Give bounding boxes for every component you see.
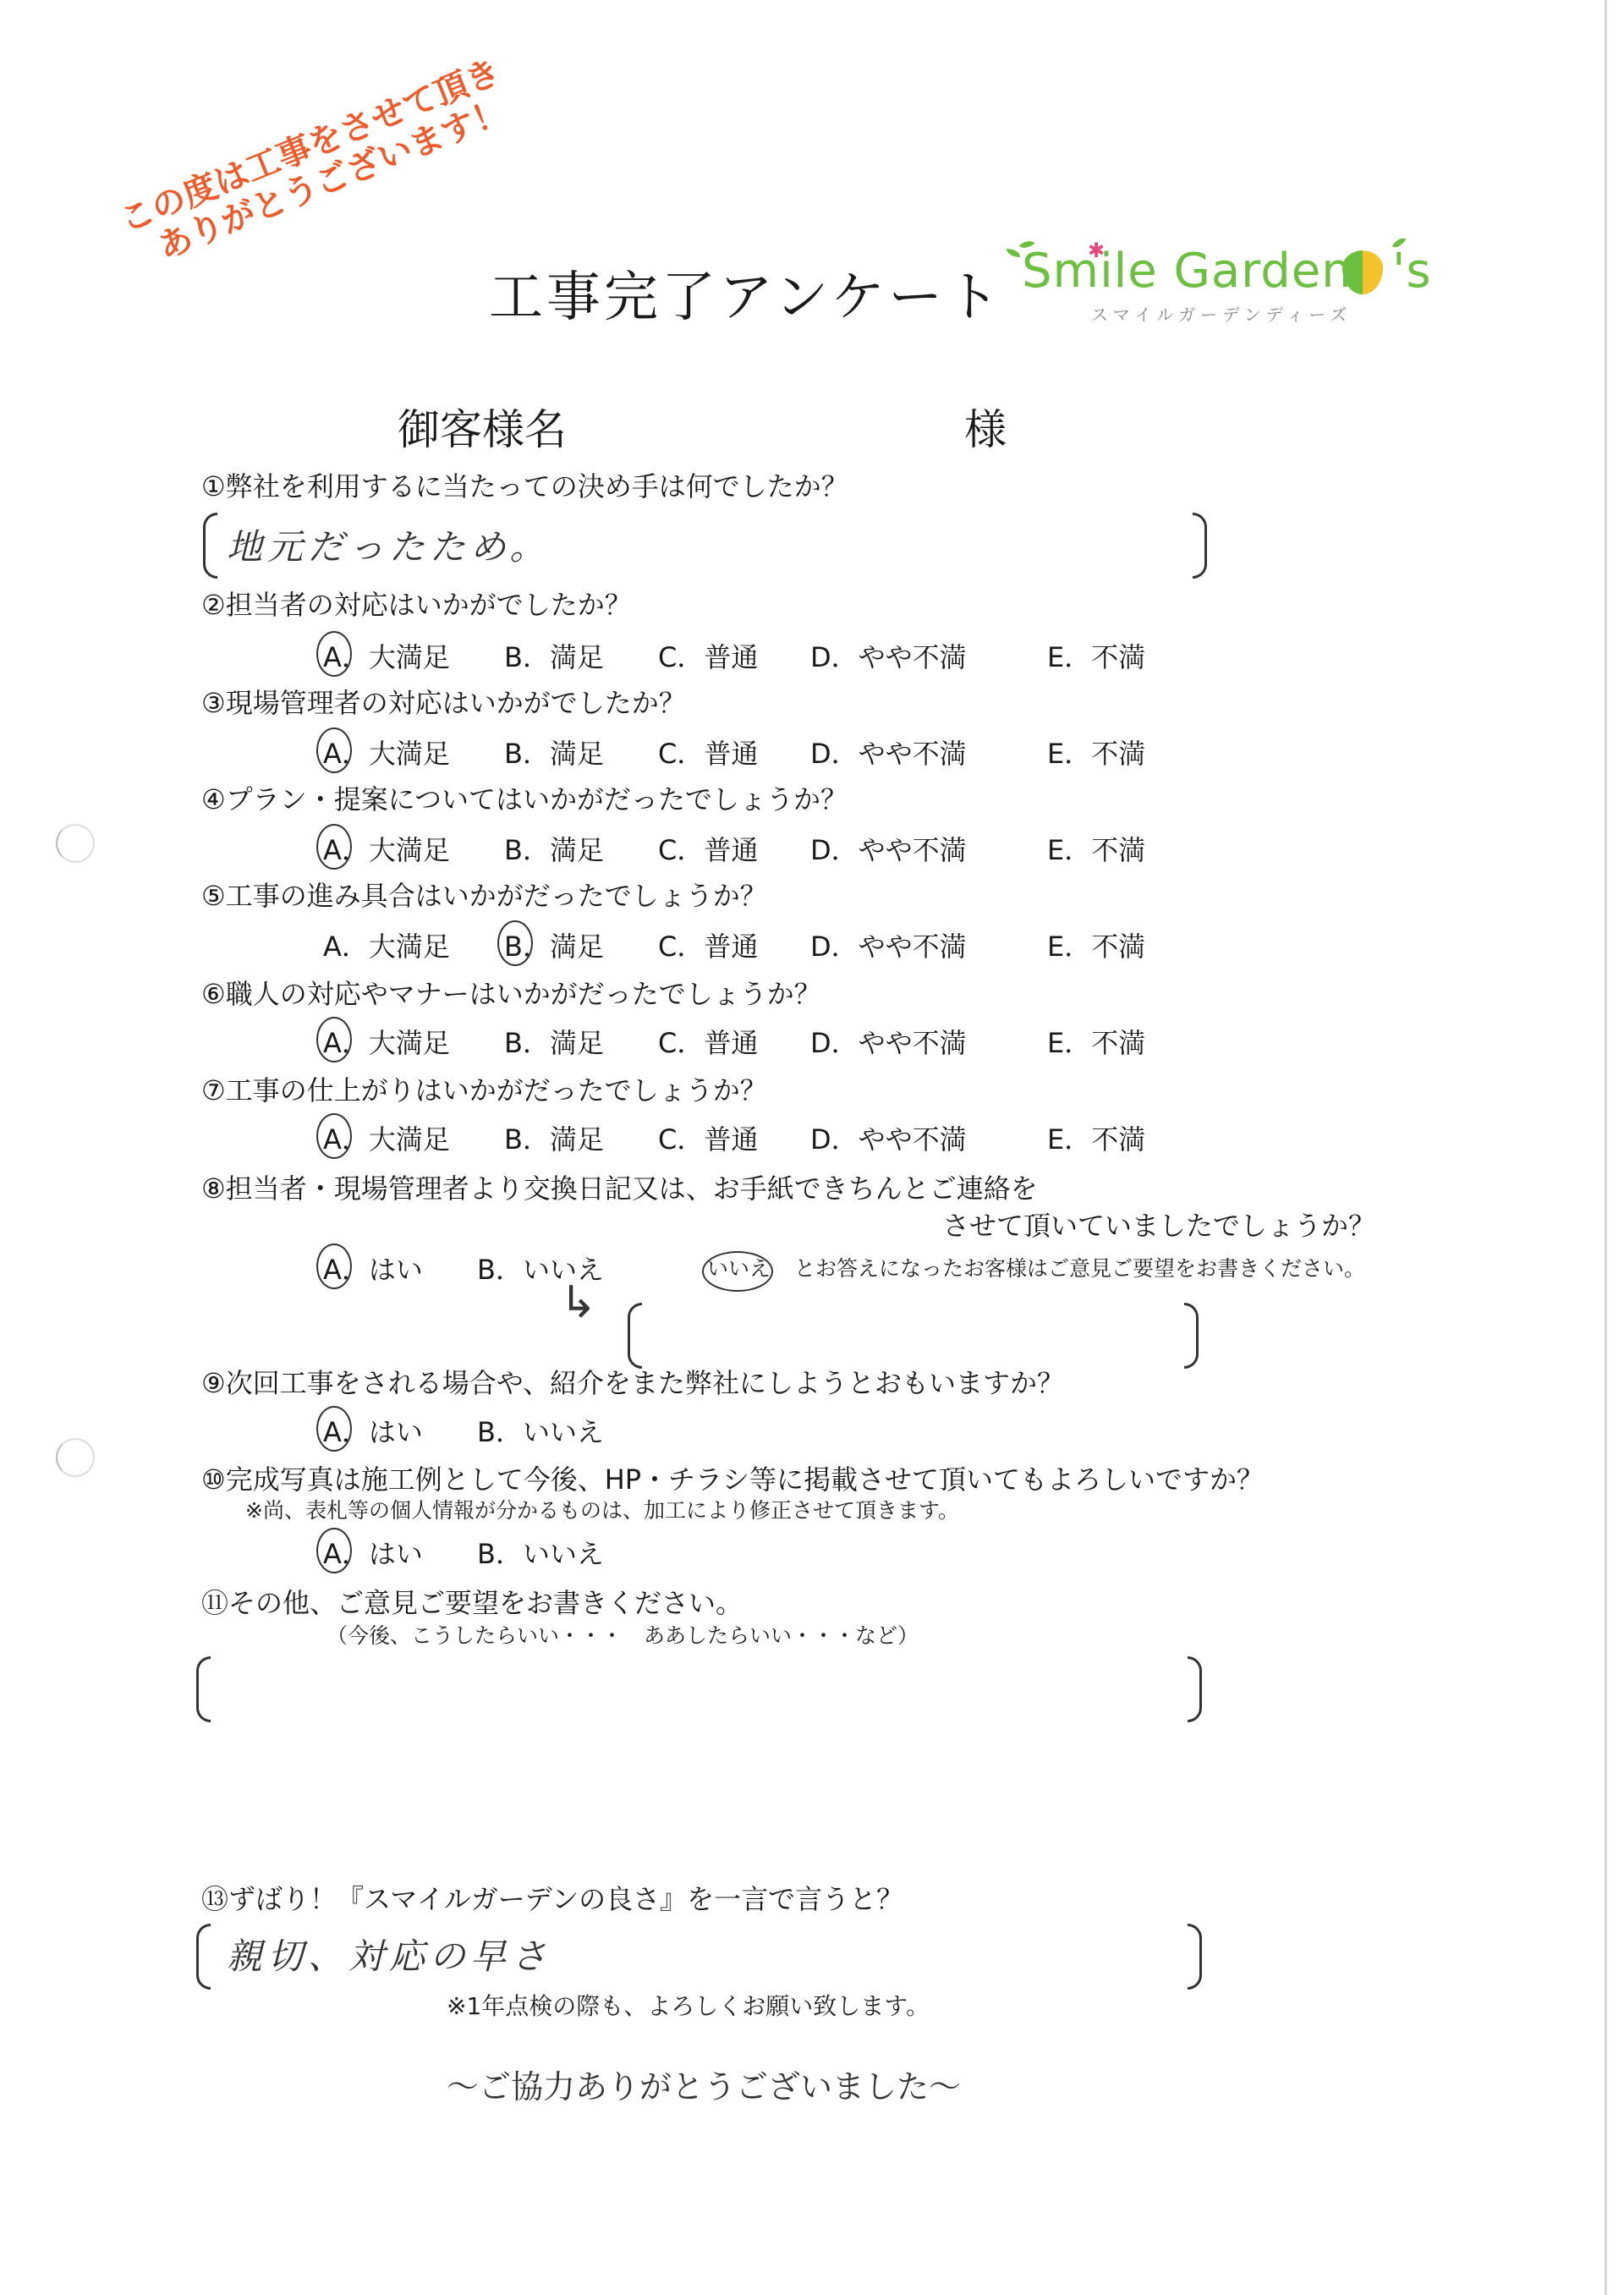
- option-e[interactable]: E．不満: [1047, 733, 1145, 771]
- option-b[interactable]: B．満足: [504, 636, 604, 675]
- customer-honorific: 様: [964, 396, 1007, 457]
- option-no[interactable]: B．いいえ: [477, 1411, 604, 1450]
- question-4: ④プラン・提案についてはいかがだったでしょうか？: [201, 778, 848, 817]
- question-10-note: ※尚、表札等の個人情報が分かるものは、加工により修正させて頂きます。: [245, 1494, 959, 1524]
- arrow-icon: ↳: [560, 1277, 597, 1328]
- option-c[interactable]: C．普通: [658, 1022, 758, 1061]
- question-6: ⑥職人の対応やマナーはいかがだったでしょうか？: [201, 973, 821, 1012]
- inspection-note: ※1年点検の際も、よろしくお願い致します。: [447, 1988, 930, 2022]
- option-e[interactable]: E．不満: [1047, 636, 1145, 675]
- question-10: ⑩完成写真は施工例として今後、HP・チラシ等に掲載させて頂いてもよろしいですか？: [201, 1458, 1264, 1497]
- option-a-selected[interactable]: A．大満足: [323, 829, 450, 868]
- option-d[interactable]: D．やや不満: [810, 733, 967, 771]
- smile-face-icon: [1342, 250, 1383, 294]
- question-1: ①弊社を利用するに当たっての決め手は何でしたか？: [201, 465, 848, 504]
- logo-suffix: 's: [1392, 244, 1432, 299]
- option-d[interactable]: D．やや不満: [810, 829, 967, 868]
- bracket-right: [1188, 1924, 1202, 1990]
- option-a-selected[interactable]: A．大満足: [323, 1118, 450, 1157]
- question-7: ⑦工事の仕上がりはいかがだったでしょうか？: [201, 1069, 767, 1108]
- brand-logo: ✱ Smile Garden 's スマイルガーデンディーズ: [1007, 244, 1472, 328]
- punch-hole-bottom: [56, 1438, 95, 1477]
- bracket-right: [1193, 513, 1207, 579]
- answer-13[interactable]: 親切、対応の早さ: [227, 1929, 551, 1979]
- question-2: ②担当者の対応はいかがでしたか？: [201, 584, 632, 623]
- option-c[interactable]: C．普通: [658, 1118, 758, 1157]
- page-title: 工事完了アンケート: [489, 254, 1003, 332]
- answer-1[interactable]: 地元だったため。: [227, 519, 550, 570]
- customer-name-label: 御客様名: [398, 396, 567, 457]
- option-c[interactable]: C．普通: [658, 829, 758, 868]
- option-b[interactable]: B．満足: [504, 1118, 604, 1157]
- option-b[interactable]: B．満足: [504, 733, 604, 771]
- bracket-right: [1184, 1303, 1199, 1369]
- option-e[interactable]: E．不満: [1047, 1118, 1145, 1157]
- option-c[interactable]: C．普通: [658, 733, 758, 771]
- bracket-left: [196, 1656, 211, 1722]
- bracket-right: [1188, 1656, 1202, 1722]
- greeting-banner: この度は工事をさせて頂き ありがとうございます！: [115, 52, 521, 277]
- followup-answer-field[interactable]: [643, 1303, 1184, 1364]
- option-b-selected[interactable]: B．満足: [504, 925, 604, 964]
- question-13: ⑬ずばり！『スマイルガーデンの良さ』を一言で言うと？: [201, 1878, 903, 1917]
- followup-text: とお答えになったお客様はご意見ご要望をお書きください。: [794, 1256, 1365, 1281]
- leaf-icon: [1007, 249, 1020, 257]
- logo-wordmark: Smile Garden: [1022, 244, 1352, 299]
- option-yes-selected[interactable]: A．はい: [323, 1533, 423, 1572]
- option-yes-selected[interactable]: A．はい: [323, 1411, 423, 1450]
- option-d[interactable]: D．やや不満: [810, 925, 967, 964]
- option-c[interactable]: C．普通: [658, 636, 758, 675]
- question-9: ⑨次回工事をされる場合や、紹介をまた弊社にしようとおもいますか？: [201, 1362, 1064, 1401]
- option-a-selected[interactable]: A．大満足: [323, 636, 450, 675]
- option-yes-selected[interactable]: A．はい: [323, 1249, 423, 1288]
- option-no[interactable]: B．いいえ: [477, 1533, 604, 1572]
- option-e[interactable]: E．不満: [1047, 1022, 1145, 1061]
- bracket-left: [203, 513, 217, 579]
- followup-instruction: いいえ とお答えになったお客様はご意見ご要望をお書きください。: [707, 1252, 1365, 1282]
- question-5: ⑤工事の進み具合はいかがだったでしょうか？: [201, 875, 767, 914]
- logo-katakana: スマイルガーデンディーズ: [1091, 301, 1352, 326]
- option-d[interactable]: D．やや不満: [810, 636, 967, 675]
- option-a-selected[interactable]: A．大満足: [323, 1022, 450, 1061]
- question-3: ③現場管理者の対応はいかがでしたか？: [201, 682, 686, 721]
- option-c[interactable]: C．普通: [658, 925, 758, 964]
- comments-field[interactable]: [211, 1656, 1184, 1717]
- option-d[interactable]: D．やや不満: [810, 1022, 967, 1061]
- question-11: ⑪その他、ご意見ご要望をお書きください。: [201, 1582, 743, 1621]
- question-11-hint: （今後、こうしたらいい・・・ ああしたらいい・・・など）: [326, 1619, 919, 1650]
- customer-name-field[interactable]: [592, 398, 947, 448]
- followup-keyword: いいえ: [707, 1256, 771, 1281]
- option-a[interactable]: A．大満足: [323, 925, 450, 964]
- question-8-line-2: させて頂いていましたでしょうか？: [942, 1205, 1375, 1244]
- option-e[interactable]: E．不満: [1047, 925, 1145, 964]
- page-edge-line: [1605, 0, 1607, 2295]
- option-d[interactable]: D．やや不満: [810, 1118, 967, 1157]
- option-b[interactable]: B．満足: [504, 1022, 604, 1061]
- bracket-left: [196, 1924, 211, 1990]
- punch-hole-top: [56, 824, 95, 863]
- question-8-line-1: ⑧担当者・現場管理者より交換日記又は、お手紙できちんとご連絡を: [201, 1167, 1038, 1206]
- thanks-message: ～ご協力ありがとうございました～: [447, 2061, 961, 2107]
- option-b[interactable]: B．満足: [504, 829, 604, 868]
- option-e[interactable]: E．不満: [1047, 829, 1145, 868]
- bracket-left: [628, 1303, 642, 1369]
- option-a-selected[interactable]: A．大満足: [323, 733, 450, 771]
